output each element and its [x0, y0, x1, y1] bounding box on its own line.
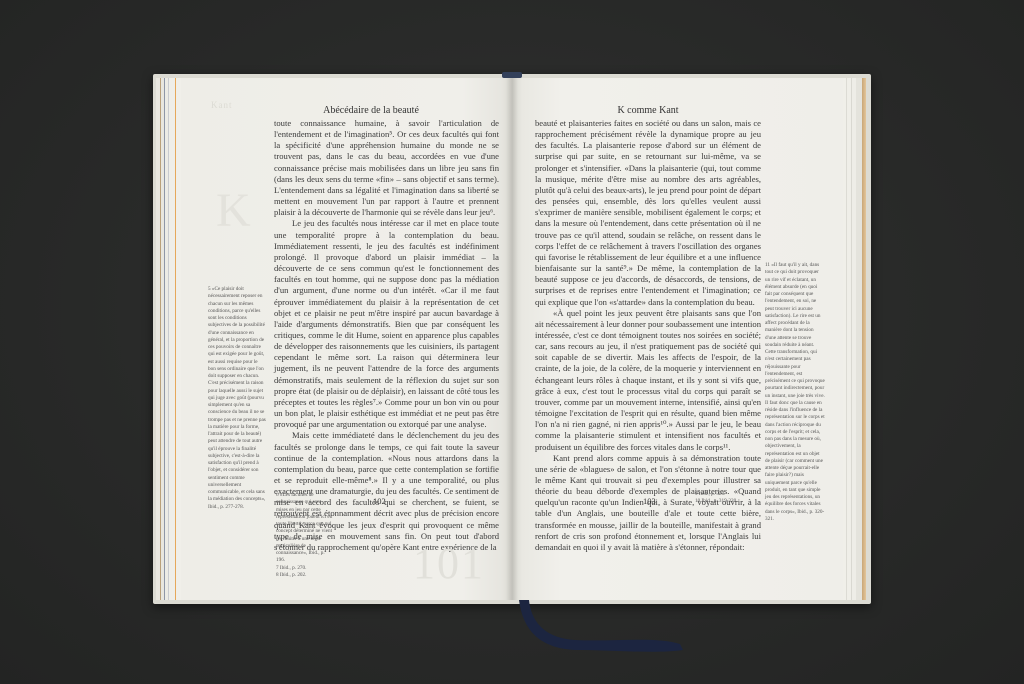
footnotes-left: 6 «Les facultés de connaissance qui sont… — [276, 492, 334, 579]
margin-note-right: 11 «Il faut qu'il y ait, dans tout ce qu… — [765, 262, 825, 523]
left-page[interactable]: Kant Abécédaire de la beauté K toute con… — [181, 78, 512, 600]
margin-note-left: 5 «Ce plaisir doit nécessairement repose… — [208, 286, 266, 511]
running-head-right: K comme Kant — [512, 105, 784, 116]
paragraph: «À quel point les jeux peuvent être plai… — [535, 308, 761, 453]
right-body-text: beauté et plaisanteries faites en sociét… — [535, 118, 761, 553]
ghost-running-head: Kant — [211, 100, 233, 110]
ghost-letter: K — [216, 183, 251, 238]
gutter-shadow — [506, 78, 518, 600]
paragraph: toute connaissance humaine, à savoir l'a… — [274, 118, 499, 218]
paragraph: Le jeu des facultés nous intéresse car i… — [274, 218, 499, 430]
left-body-text: toute connaissance humaine, à savoir l'a… — [274, 118, 499, 553]
right-page[interactable]: K comme Kant beauté et plaisanteries fai… — [512, 78, 843, 600]
ghost-page-number: 101 — [413, 538, 485, 589]
paragraph: beauté et plaisanteries faites en sociét… — [535, 118, 761, 308]
page-number-left: 102 — [373, 496, 386, 506]
page-number-right: 103 — [643, 496, 656, 506]
page-block-edge-right — [840, 78, 868, 600]
open-book: Kant Abécédaire de la beauté K toute con… — [153, 74, 871, 604]
page-block-edge-left — [156, 78, 184, 600]
running-head-left: Abécédaire de la beauté — [231, 105, 511, 116]
footnotes-right: 9 Ibid., p. 320. 10 Ibid., p. 319-320. — [695, 491, 767, 506]
bookmark-ribbon[interactable] — [515, 600, 695, 660]
